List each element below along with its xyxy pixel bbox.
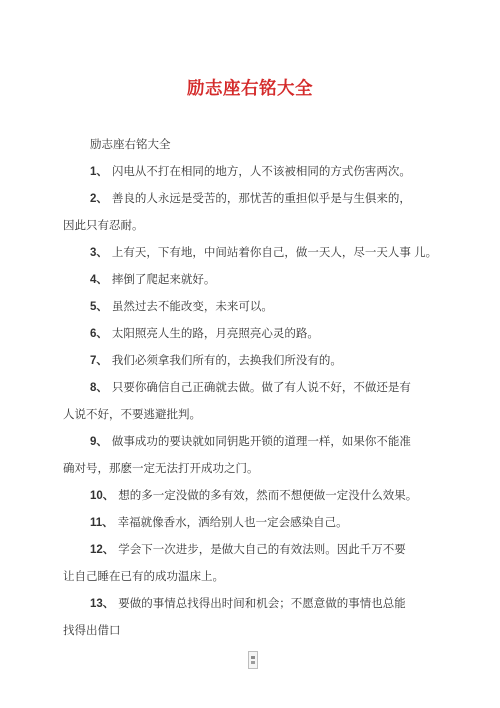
motto-item: 13、要做的事情总找得出时间和机会；不愿意做的事情也总能	[63, 591, 443, 618]
motto-item: 12、学会下一次进步，是做大自己的有效法则。因此千万不要	[63, 537, 443, 564]
motto-number: 1、	[90, 166, 108, 178]
document-body: 励志座右铭大全 1、闪电从不打在相同的地方，人不该被相同的方式伤害两次。2、善良…	[63, 132, 443, 645]
motto-text: 我们必须拿我们所有的，去换我们所没有的。	[112, 355, 342, 367]
motto-continuation-line: 找得出借口	[63, 618, 443, 645]
motto-item: 3、上有天，下有地，中间站着你自己，做一天人，尽一天人事 儿。	[63, 240, 443, 267]
motto-text: 上有天，下有地，中间站着你自己，做一天人，尽一天人事 儿。	[112, 247, 437, 259]
motto-item: 8、只要你确信自己正确就去做。做了有人说不好，不做还是有	[63, 375, 443, 402]
motto-list: 1、闪电从不打在相同的地方，人不该被相同的方式伤害两次。2、善良的人永远是受苦的…	[63, 159, 443, 645]
motto-item: 9、做事成功的要诀就如同钥匙开锁的道理一样，如果你不能准	[63, 429, 443, 456]
motto-continuation-line: 确对号，那麽一定无法打开成功之门。	[63, 456, 443, 483]
document-page: 励志座右铭大全 励志座右铭大全 1、闪电从不打在相同的地方，人不该被相同的方式伤…	[0, 0, 500, 708]
motto-item: 7、我们必须拿我们所有的，去换我们所没有的。	[63, 348, 443, 375]
motto-text: 摔倒了爬起来就好。	[112, 274, 216, 286]
motto-number: 11、	[90, 517, 114, 529]
motto-text: 学会下一次进步，是做大自己的有效法则。因此千万不要	[118, 544, 406, 556]
motto-number: 5、	[90, 301, 108, 313]
motto-number: 2、	[90, 193, 108, 205]
motto-text: 做事成功的要诀就如同钥匙开锁的道理一样，如果你不能准	[112, 436, 411, 448]
motto-item: 10、想的多一定没做的多有效，然而不想便做一定没什么效果。	[63, 483, 443, 510]
motto-number: 6、	[90, 328, 108, 340]
motto-item: 1、闪电从不打在相同的地方，人不该被相同的方式伤害两次。	[63, 159, 443, 186]
motto-item: 2、善良的人永远是受苦的，那忧苦的重担似乎是与生俱来的，	[63, 186, 443, 213]
motto-number: 8、	[90, 382, 108, 394]
motto-number: 7、	[90, 355, 108, 367]
motto-item: 11、幸福就像香水，洒给别人也一定会感染自己。	[63, 510, 443, 537]
page-marker-icon	[248, 651, 258, 669]
motto-text: 要做的事情总找得出时间和机会；不愿意做的事情也总能	[118, 598, 406, 610]
motto-number: 9、	[90, 436, 108, 448]
motto-text: 善良的人永远是受苦的，那忧苦的重担似乎是与生俱来的，	[112, 193, 411, 205]
motto-continuation-line: 因此只有忍耐。	[63, 213, 443, 240]
motto-item: 5、虽然过去不能改变，未来可以。	[63, 294, 443, 321]
motto-text: 虽然过去不能改变，未来可以。	[112, 301, 273, 313]
motto-number: 10、	[90, 490, 114, 502]
page-marker-detail	[251, 656, 255, 659]
motto-number: 3、	[90, 247, 108, 259]
motto-number: 4、	[90, 274, 108, 286]
motto-text: 幸福就像香水，洒给别人也一定会感染自己。	[118, 517, 348, 529]
motto-number: 13、	[90, 598, 114, 610]
page-marker-detail	[251, 661, 255, 664]
document-subtitle: 励志座右铭大全	[63, 132, 443, 159]
motto-number: 12、	[90, 544, 114, 556]
motto-text: 太阳照亮人生的路，月亮照亮心灵的路。	[112, 328, 319, 340]
motto-text: 闪电从不打在相同的地方，人不该被相同的方式伤害两次。	[112, 166, 411, 178]
motto-continuation-line: 让自己睡在已有的成功温床上。	[63, 564, 443, 591]
motto-item: 6、太阳照亮人生的路，月亮照亮心灵的路。	[63, 321, 443, 348]
motto-continuation-line: 人说不好，不要逃避批判。	[63, 402, 443, 429]
page-title: 励志座右铭大全	[0, 75, 500, 100]
motto-item: 4、摔倒了爬起来就好。	[63, 267, 443, 294]
motto-text: 想的多一定没做的多有效，然而不想便做一定没什么效果。	[118, 490, 417, 502]
motto-text: 只要你确信自己正确就去做。做了有人说不好，不做还是有	[112, 382, 411, 394]
